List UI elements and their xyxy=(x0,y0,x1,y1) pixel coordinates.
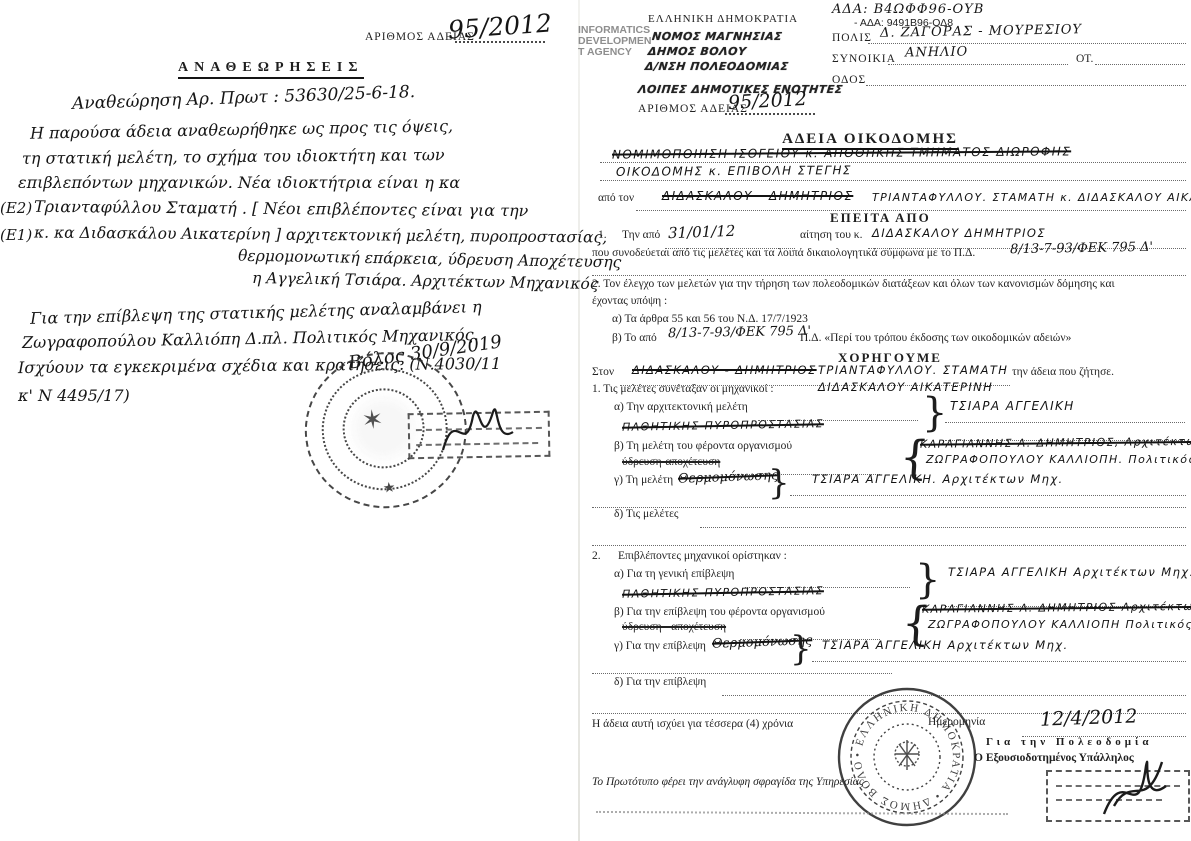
sec1-c-hand: Θερμομόνωσης xyxy=(678,468,779,486)
official-signature xyxy=(1090,748,1180,828)
header-stamp-line: ΝΟΜΟΣ ΜΑΓΝΗΣΙΑΣ xyxy=(651,30,783,43)
sec2-b-value: ΖΩΓΡΑΦΟΠΟΥΛΟΥ ΚΑΛΛΙΟΠΗ Πολιτικός Μηχ. xyxy=(928,618,1191,631)
sec1-c-value: ΤΣΙΑΡΑ ΑΓΓΕΛΙΚΗ. Αρχιτέκτων Μηχ. xyxy=(812,472,1064,486)
sec1-b-label: β) Τη μελέτη του φέροντα οργανισμού xyxy=(614,440,792,452)
header-republic: ΕΛΛΗΝΙΚΗ ΔΗΜΟΚΡΑΤΙΑ xyxy=(648,13,798,25)
revision-line: επιβλεπόντων μηχανικών. Νέα ιδιοκτήτρια … xyxy=(18,173,460,192)
revision-line: κ. κα Διδασκάλου Αικατερίνη ] αρχιτεκτον… xyxy=(34,223,607,246)
sec2-c-dots xyxy=(812,651,1186,662)
page-fold-divider xyxy=(578,0,580,841)
sec2-a-value: ΤΣΙΑΡΑ ΑΓΓΕΛΙΚΗ Αρχιτέκτων Μηχ. xyxy=(948,565,1191,579)
sec2-b-label: β) Για την επίβλεψη του φέροντα οργανισμ… xyxy=(614,606,825,618)
sec1-a-sub: ΠΑΘΗΤΙΚΗΣ ΠΥΡΟΠΡΟΣΤΑΣΙΑΣ xyxy=(622,417,824,434)
revision-line: η Αγγελική Τσιάρα. Αρχιτέκτων Μηχανικός xyxy=(252,269,599,293)
sec2-c-label: γ) Για την επίβλεψη xyxy=(614,640,706,652)
from-crossed-name: ΔΙΔΑΣΚΑΛΟΥ - ΔΗΜΗΤΡΙΟΣ xyxy=(662,189,853,203)
revision-line: κ' Ν 4495/17) xyxy=(18,386,130,405)
header-stamp-line: Δ/ΝΣΗ ΠΟΛΕΟΔΟΜΙΑΣ xyxy=(644,60,789,73)
section1-title: 1. Τις μελέτες συνέταξαν οι μηχανικοί : xyxy=(592,383,774,395)
margin-note-e1: (Ε1) xyxy=(0,226,32,244)
municipal-stamp: • ΕΛΛΗΝΙΚΗ ΔΗΜΟΚΡΑΤΙΑ • ΔΗΜΟΣ ΒΟΛΟΥ xyxy=(832,682,982,832)
sec2-a-sub: ΠΑΘΗΤΙΚΗΣ ΠΥΡΟΠΡΟΣΤΑΣΙΑΣ xyxy=(622,584,824,601)
header-stamp-line: ΔΗΜΟΣ ΒΟΛΟΥ xyxy=(647,45,747,58)
sec2-b-sub: ύδρευση - αποχέτευση xyxy=(622,621,726,633)
revision-line: τη στατική μελέτη, το σχήμα του ιδιοκτήτ… xyxy=(22,145,445,168)
sec1-a-value-dots xyxy=(945,412,1185,423)
filler-dots xyxy=(592,497,1186,508)
ot-dots xyxy=(1095,54,1185,65)
sec2-d-label: δ) Για την επίβλεψη xyxy=(614,676,706,688)
sec2-b-crossed: ΚΑΡΑΓΙΑΝΝΗΣ Α. ΔΗΜΗΤΡΙΟΣ Αρχιτέκτων Μηχ/… xyxy=(922,599,1191,616)
sec1-d-dots xyxy=(700,517,1186,528)
epeita-apo-heading: ΕΠΕΙΤΑ ΑΠΟ xyxy=(830,210,931,226)
revision-line: Τριανταφύλλου Σταματή . [ Νέοι επιβλέπον… xyxy=(34,197,528,220)
ada-handwritten: ΑΔΑ: Β4ΩΦΦ96-ΟΥΒ xyxy=(832,2,984,17)
revision-line: Για την επίβλεψη της στατικής μελέτης αν… xyxy=(30,297,482,328)
revision-line: Αναθεώρηση Αρ. Πρωτ : 53630/25-6-18. xyxy=(72,82,416,114)
item2-b-pre: β) Το από xyxy=(612,332,657,344)
synoikia-value: ΑΝΗΛΙΟ xyxy=(905,44,969,60)
margin-note-e2: (Ε2) xyxy=(0,199,32,217)
filler-dots xyxy=(592,663,892,674)
item2-b-hand: 8/13-7-93/ΦΕΚ 795 Δ' xyxy=(668,324,811,341)
sec1-c-dots xyxy=(790,485,1186,496)
sig-for-label: Για την Πολεοδομία xyxy=(986,736,1153,748)
section2-title: Επιβλέποντες μηχανικοί ορίστηκαν : xyxy=(618,550,787,562)
validity-note: Η άδεια αυτή ισχύει για τέσσερα (4) χρόν… xyxy=(592,718,793,730)
seal-emblem-icon: ✶ xyxy=(360,404,385,436)
item1-mid: αίτηση του κ. xyxy=(800,229,862,241)
item1-no: 1. xyxy=(598,229,607,241)
form-permit-no-value: 95/2012 xyxy=(727,88,807,114)
sec1-b-crossed: ΚΑΡΑΓΙΑΝΝΗΣ Α. ΔΗΜΗΤΡΙΟΣ, Αρχιτέκτων Μηχ… xyxy=(920,434,1191,451)
item2-text2: έχοντας υπόψη : xyxy=(592,295,667,307)
revision-line: θερμομονωτική επάρκεια, ύδρευση Αποχέτευ… xyxy=(238,247,622,272)
revisions-title: ΑΝΑΘΕΩΡΗΣΕΙΣ xyxy=(178,60,364,79)
ston-label: Στον xyxy=(592,366,614,378)
desc-line2: ΟΙΚΟΔΟΜΗΣ κ. ΕΠΙΒΟΛΗ ΣΤΕΓΗΣ xyxy=(616,163,852,179)
item1-pre: Την από xyxy=(622,229,660,241)
ston-suffix: την άδεια που ζήτησε. xyxy=(1012,366,1114,378)
item2-b-post: Π.Δ. «Περί του τρόπου έκδοσης των οικοδο… xyxy=(800,332,1071,344)
filler-dots xyxy=(592,265,1186,276)
scanned-building-permit: ΑΡΙΘΜΟΣ ΑΔΕΙΑΣ 95/2012 ΑΝΑΘΕΩΡΗΣΕΙΣ Αναθ… xyxy=(0,0,1191,841)
sec2-a-label: α) Για τη γενική επίβλεψη xyxy=(614,568,734,580)
item1-pd-ref: 8/13-7-93/ΦΕΚ 795 Δ' xyxy=(1010,240,1153,257)
seal-star-icon: ★ xyxy=(382,480,396,498)
sec1-a-value: ΤΣΙΑΡΑ ΑΓΓΕΛΙΚΗ xyxy=(950,399,1075,413)
revision-line: Η παρούσα άδεια αναθεωρήθηκε ως προς τις… xyxy=(30,116,453,142)
synoikia-label: ΣΥΝΟΙΚΙΑ xyxy=(832,53,896,65)
ston-crossed-name: ΔΙΔΑΣΚΑΛΟΥ - ΔΗΜΗΤΡΙΟΣ xyxy=(632,363,817,377)
sec1-d-label: δ) Τις μελέτες xyxy=(614,508,678,520)
odos-label: ΟΔΟΣ xyxy=(832,74,866,86)
sec1-c-label: γ) Τη μελέτη xyxy=(614,474,673,486)
section2-no: 2. xyxy=(592,550,601,562)
from-label: από τον xyxy=(598,192,634,204)
signature xyxy=(435,398,520,464)
item2-a: α) Τα άρθρα 55 και 56 του Ν.Δ. 17/7/1923 xyxy=(612,313,808,325)
item1-date: 31/01/12 xyxy=(668,222,736,242)
stamp-crest-icon xyxy=(895,740,919,770)
polis-label: ΠΟΛΙΣ xyxy=(832,32,872,44)
sec1-a-label: α) Την αρχιτεκτονική μελέτη xyxy=(614,401,748,413)
sec1-b-sub: ύδρευση-αποχέτευση xyxy=(622,456,720,468)
item1-name: ΔΙΔΑΣΚΑΛΟΥ ΔΗΜΗΤΡΙΟΣ xyxy=(872,226,1046,240)
date-value: 12/4/2012 xyxy=(1040,705,1138,730)
digital-signature-watermark: INFORMATICS DEVELOPMEN T AGENCY xyxy=(578,25,652,58)
ston-name2: ΔΙΔΑΣΚΑΛΟΥ ΑΙΚΑΤΕΡΙΝΗ xyxy=(818,380,993,394)
sec1-a-brace: } xyxy=(922,390,947,436)
ston-name1: ΤΡΙΑΝΤΑΦΥΛΛΟΥ. ΣΤΑΜΑΤΗ xyxy=(818,363,1008,377)
item1-line2: που συνοδεύεται από τις μελέτες και τα λ… xyxy=(592,247,975,259)
sec1-b-value: ΖΩΓΡΑΦΟΠΟΥΛΟΥ ΚΑΛΛΙΟΠΗ. Πολιτικός Μηχ. xyxy=(926,453,1191,466)
item2-text1: 2. Τον έλεγχο των μελετών για την τήρηση… xyxy=(592,278,1115,290)
sec2-c-value: ΤΣΙΑΡΑ ΑΓΓΕΛΙΚΗ Αρχιτέκτων Μηχ. xyxy=(822,638,1069,652)
odos-dots xyxy=(866,75,1186,86)
ot-label: ΟΤ. xyxy=(1076,53,1093,65)
original-note: Το Πρωτότυπο φέρει την ανάγλυφη σφραγίδα… xyxy=(592,776,864,788)
filler-dots xyxy=(592,535,1186,546)
watermark-line: T AGENCY xyxy=(578,47,652,58)
from-name: ΤΡΙΑΝΤΑΦΥΛΛΟΥ. ΣΤΑΜΑΤΗ κ. ΔΙΔΑΣΚΑΛΟΥ ΑΙΚ… xyxy=(872,191,1191,204)
